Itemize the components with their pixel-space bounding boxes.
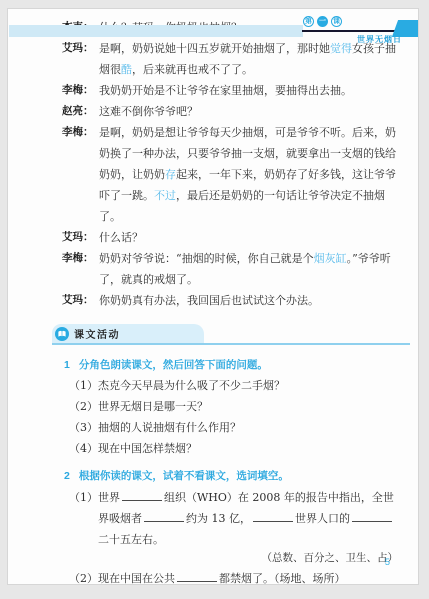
activity-question: （4）现在中国怎样禁烟？ [69, 439, 402, 459]
open-book-icon [55, 327, 69, 341]
activity-question: （2）世界无烟日是哪一天？ [69, 397, 402, 417]
fill-in-segment: 现在中国在公共 [98, 572, 175, 585]
dialogue-text: 我奶奶开始是不让爷爷在家里抽烟，要抽得出去抽。 [99, 80, 404, 101]
fill-in-item: （1）世界组织（WHO）在 2008 年的报告中指出，全世界吸烟者约为 13 亿… [69, 487, 402, 550]
textbook-page: 第一课 世界无烟日 杰克：什么？艾玛，你奶奶也抽烟？艾玛：是啊，奶奶说她十四五岁… [7, 8, 419, 585]
dialogue-text: 这难不倒你爷爷吧？ [99, 101, 404, 122]
dialogue-text: 你奶奶真有办法，我回国后也试试这个办法。 [99, 290, 404, 311]
fill-in-blank [253, 510, 293, 522]
dialogue-text: 什么话？ [99, 227, 404, 248]
highlighted-word: 存 [165, 168, 176, 181]
activity-question: （3）抽烟的人说抽烟有什么作用？ [69, 418, 402, 438]
fill-in-blank [352, 510, 392, 522]
fill-in-segment: 约为 13 亿， [186, 512, 251, 525]
dialogue-text: 奶奶对爷爷说：“抽烟的时候，你自己就是个烟灰缸。”爷爷听了，就真的戒烟了。 [99, 248, 404, 290]
word-bank-options: （总数、百分之、卫生、占） [64, 550, 402, 567]
fill-in-segment: 都禁烟了。（场地、场所） [219, 572, 346, 585]
fill-in-item: （2）现在中国在公共都禁烟了。（场地、场所） [69, 568, 402, 585]
speaker-name: 赵亮： [62, 101, 99, 122]
page-number: 5 [385, 557, 390, 568]
dialogue-segment: 是啊，奶奶说她十四五岁就开始抽烟了，那时她 [99, 42, 330, 55]
dialogue-segment: ，后来就再也戒不了了。 [132, 63, 253, 76]
lesson-title: 世界无烟日 [302, 34, 402, 45]
dialogue-segment: 这难不倒你爷爷吧？ [99, 105, 198, 118]
speaker-name: 艾玛： [62, 227, 99, 248]
dialogue-line: 李梅：奶奶对爷爷说：“抽烟的时候，你自己就是个烟灰缸。”爷爷听了，就真的戒烟了。 [62, 248, 404, 290]
dialogue-segment: 奶奶对爷爷说：“抽烟的时候，你自己就是个 [99, 252, 314, 265]
dialogue-line: 艾玛：你奶奶真有办法，我回国后也试试这个办法。 [62, 290, 404, 311]
lesson-badge-circle: 课 [331, 16, 342, 27]
fill-in-blank [122, 489, 162, 501]
dialogue-line: 李梅：是啊，奶奶是想让爷爷每天少抽烟，可是爷爷不听。后来，奶奶换了一种办法，只要… [62, 122, 404, 227]
fill-in-text: 世界组织（WHO）在 2008 年的报告中指出，全世界吸烟者约为 13 亿，世界… [98, 487, 402, 550]
activity-instruction: 根据你读的课文，试着不看课文，选词填空。 [79, 466, 289, 486]
speaker-name: 李梅： [62, 80, 99, 101]
speaker-name: 李梅： [62, 122, 99, 227]
activity-instruction-row: 1分角色朗读课文，然后回答下面的问题。 [64, 355, 402, 375]
activities-block: 1分角色朗读课文，然后回答下面的问题。（1）杰克今天早晨为什么吸了不少二手烟？（… [64, 355, 402, 585]
dialogue-segment: 你奶奶真有办法，我回国后也试试这个办法。 [99, 294, 319, 307]
dialogue-text: 是啊，奶奶是想让爷爷每天少抽烟，可是爷爷不听。后来，奶奶换了一种办法，只要爷爷抽… [99, 122, 404, 227]
dialogue-line: 赵亮：这难不倒你爷爷吧？ [62, 101, 404, 122]
header-accent-bar [9, 25, 303, 37]
activity-number: 1 [64, 355, 70, 375]
fill-in-label: （1） [69, 487, 98, 550]
fill-in-segment: 二十五左右。 [98, 533, 164, 546]
activity-instruction: 分角色朗读课文，然后回答下面的问题。 [79, 355, 268, 375]
activity-section-title: 课文活动 [74, 326, 120, 341]
fill-in-text: 现在中国在公共都禁烟了。（场地、场所） [98, 568, 402, 585]
dialogue-segment: 什么话？ [99, 231, 143, 244]
highlighted-word: 烟灰缸 [314, 252, 347, 265]
speaker-name: 艾玛： [62, 38, 99, 80]
dialogue-line: 艾玛：什么话？ [62, 227, 404, 248]
header-lesson-block: 第一课 世界无烟日 [302, 16, 402, 45]
speaker-name: 李梅： [62, 248, 99, 290]
dialogue-line: 李梅：我奶奶开始是不让爷爷在家里抽烟，要抽得出去抽。 [62, 80, 404, 101]
lesson-badge-circle: 一 [317, 16, 328, 27]
page-background: 第一课 世界无烟日 杰克：什么？艾玛，你奶奶也抽烟？艾玛：是啊，奶奶说她十四五岁… [0, 0, 429, 599]
fill-in-blank [144, 510, 184, 522]
dialogue-segment: 我奶奶开始是不让爷爷在家里抽烟，要抽得出去抽。 [99, 84, 352, 97]
activity-number: 2 [64, 466, 70, 486]
activity-section-tab: 课文活动 [52, 324, 204, 343]
lesson-number-badge: 第一课 [303, 16, 402, 27]
highlighted-word: 酷 [121, 63, 132, 76]
fill-in-segment: 世界人口的 [295, 512, 350, 525]
fill-in-label: （2） [69, 568, 98, 585]
activity-question: （1）杰克今天早晨为什么吸了不少二手烟？ [69, 376, 402, 396]
activity-instruction-row: 2根据你读的课文，试着不看课文，选词填空。 [64, 466, 402, 486]
fill-in-blank [177, 570, 217, 582]
dialogue-block: 杰克：什么？艾玛，你奶奶也抽烟？艾玛：是啊，奶奶说她十四五岁就开始抽烟了，那时她… [62, 17, 404, 311]
header-divider [302, 30, 402, 32]
corner-flag-shape [392, 20, 419, 37]
lesson-badge-circle: 第 [303, 16, 314, 27]
speaker-name: 艾玛： [62, 290, 99, 311]
activity-section-header: 课文活动 [52, 324, 410, 345]
fill-in-segment: 世界 [98, 491, 120, 504]
highlighted-word: 不过 [154, 189, 176, 202]
